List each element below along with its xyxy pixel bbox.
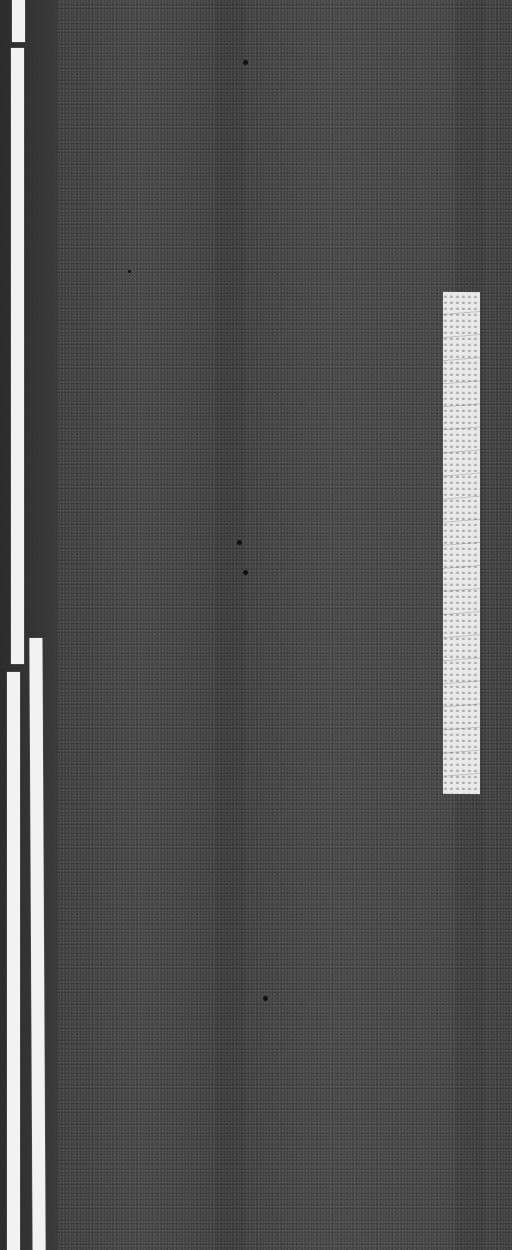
lane-dash-marking [443,292,480,794]
asphalt-spot [237,540,242,545]
asphalt-spot [263,996,268,1001]
asphalt-spot [243,60,248,65]
edge-line-segment [7,672,20,1250]
asphalt-spot [243,570,248,575]
edge-line-segment [12,0,25,42]
asphalt-spot [128,270,131,273]
edge-line-segment [11,48,24,664]
road-surface [0,0,512,1250]
wheel-track [215,0,245,1250]
